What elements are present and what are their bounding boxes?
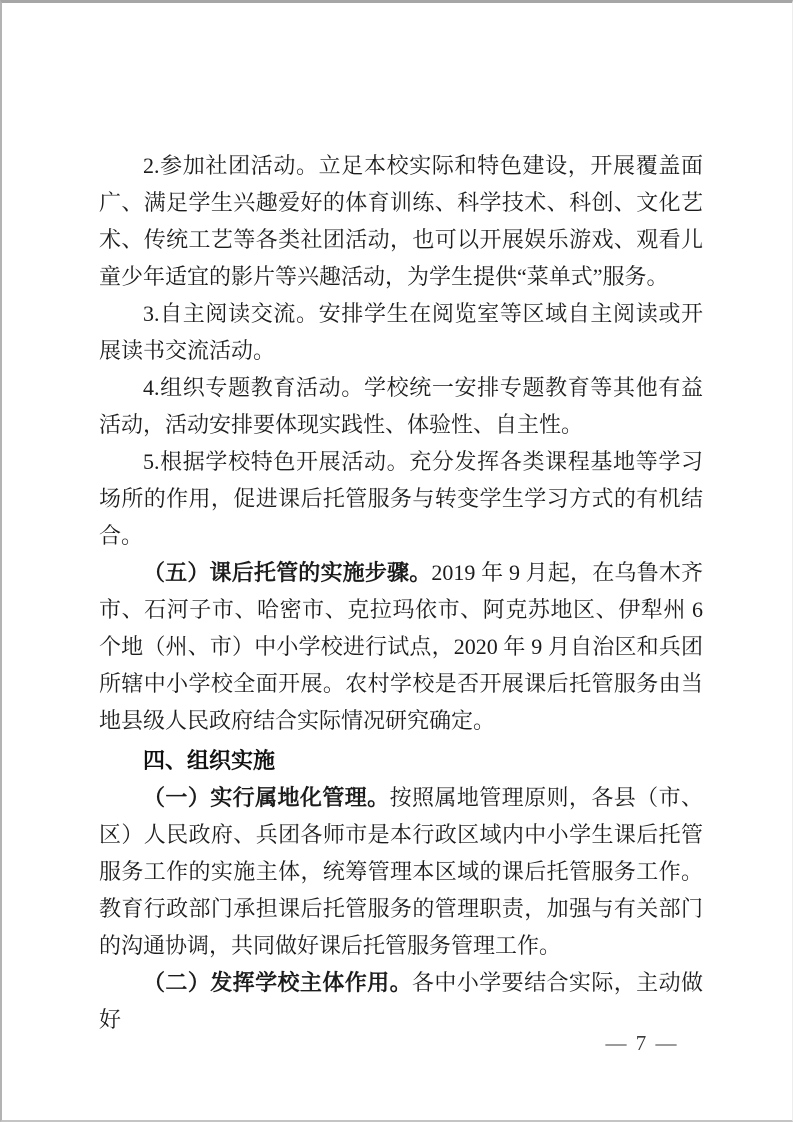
paragraph-text: 2019 年 9 月起，在乌鲁木齐市、石河子市、哈密市、克拉玛依市、阿克苏地区、… [99,560,703,733]
document-body: 2.参加社团活动。立足本校实际和特色建设，开展覆盖面广、满足学生兴趣爱好的体育训… [99,147,703,1038]
section-heading-organization: 四、组织实施 [99,742,703,779]
paragraph-lead: （二）发挥学校主体作用。 [143,970,412,995]
paragraph-implementation-steps: （五）课后托管的实施步骤。2019 年 9 月起，在乌鲁木齐市、石河子市、哈密市… [99,554,703,739]
paragraph-text: 5.根据学校特色开展活动。充分发挥各类课程基地等学习场所的作用，促进课后托管服务… [99,449,703,548]
paragraph-text: 3.自主阅读交流。安排学生在阅览室等区域自主阅读或开展读书交流活动。 [99,301,703,363]
paragraph-lead: （一）实行属地化管理。 [143,785,390,810]
paragraph-club-activities: 2.参加社团活动。立足本校实际和特色建设，开展覆盖面广、满足学生兴趣爱好的体育训… [99,147,703,295]
paragraph-lead: （五）课后托管的实施步骤。 [143,560,431,585]
paragraph-themed-education: 4.组织专题教育活动。学校统一安排专题教育等其他有益活动，活动安排要体现实践性、… [99,369,703,443]
paragraph-school-features: 5.根据学校特色开展活动。充分发挥各类课程基地等学习场所的作用，促进课后托管服务… [99,443,703,554]
paragraph-territorial-management: （一）实行属地化管理。按照属地管理原则，各县（市、区）人民政府、兵团各师市是本行… [99,779,703,964]
paragraph-text: 按照属地管理原则，各县（市、区）人民政府、兵团各师市是本行政区域内中小学生课后托… [99,785,703,958]
paragraph-text: 2.参加社团活动。立足本校实际和特色建设，开展覆盖面广、满足学生兴趣爱好的体育训… [99,153,703,289]
paragraph-school-role: （二）发挥学校主体作用。各中小学要结合实际，主动做好 [99,964,703,1038]
paragraph-reading-exchange: 3.自主阅读交流。安排学生在阅览室等区域自主阅读或开展读书交流活动。 [99,295,703,369]
document-page: 2.参加社团活动。立足本校实际和特色建设，开展覆盖面广、满足学生兴趣爱好的体育训… [0,0,793,1122]
page-number: — 7 — [562,1031,722,1056]
paragraph-text: 4.组织专题教育活动。学校统一安排专题教育等其他有益活动，活动安排要体现实践性、… [99,375,703,437]
